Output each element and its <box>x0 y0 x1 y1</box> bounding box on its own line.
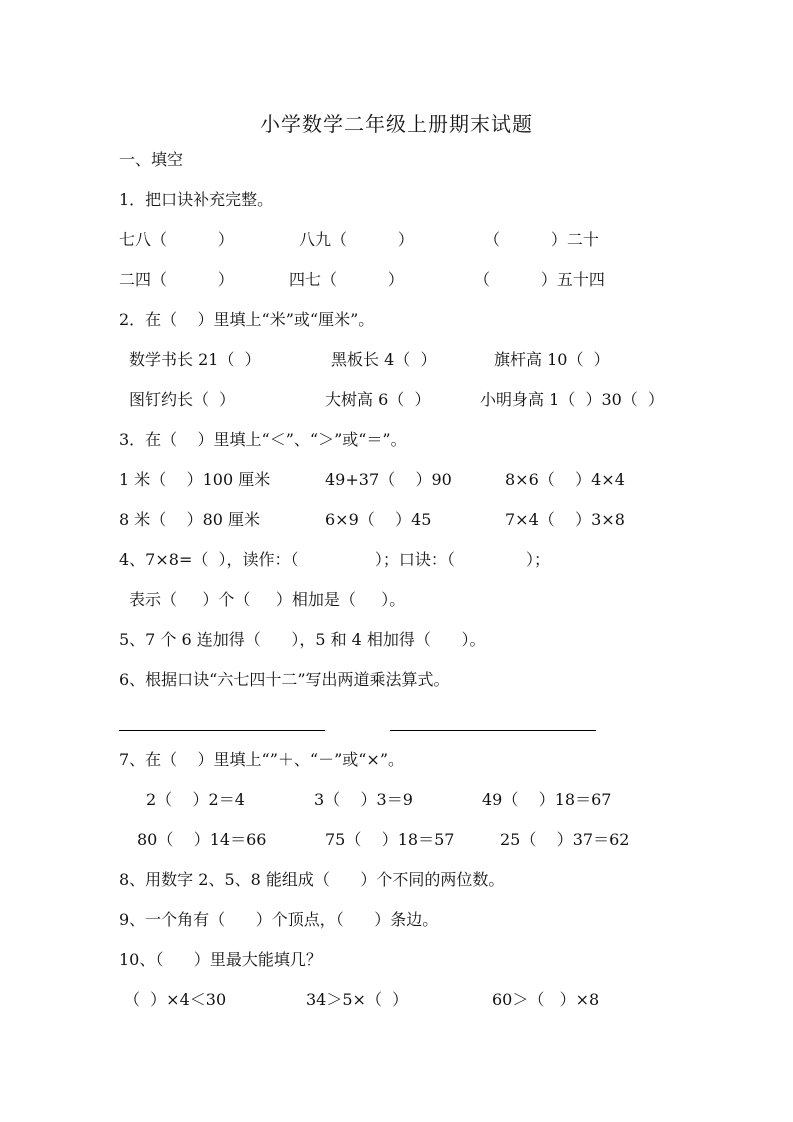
q6-text: 6、根据口诀“六七四十二”写出两道乘法算式。 <box>119 670 450 690</box>
q2-item[interactable]: 数学书长 21（ ） <box>129 350 261 370</box>
q3-item[interactable]: 8 米（ ）80 厘米 <box>119 510 260 530</box>
q7-prompt: 7、在（ ）里填上“”＋、“－”或“×”。 <box>119 750 404 770</box>
q2-item[interactable]: 黑板长 4（ ） <box>331 350 436 370</box>
q4-line1[interactable]: 4、7×8=（ ），读作：（ ）；口诀：（ ）； <box>119 550 550 570</box>
q4-line2[interactable]: 表示（ ）个（ ）相加是（ ）。 <box>129 590 405 610</box>
q2-item[interactable]: 旗杆高 10（ ） <box>494 350 610 370</box>
q2-item[interactable]: 图钉约长（ ） <box>129 390 235 410</box>
q7-item[interactable]: 25（ ）37＝62 <box>500 830 629 850</box>
q10-item[interactable]: 34＞5×（ ） <box>306 990 408 1010</box>
q2-prompt: 2．在（ ）里填上“米”或“厘米”。 <box>119 310 374 330</box>
q1-item[interactable]: 八九（ ） <box>299 230 414 250</box>
q3-item[interactable]: 7×4（ ）3×8 <box>505 510 625 530</box>
q7-item[interactable]: 75（ ）18＝57 <box>325 830 454 850</box>
q9-text[interactable]: 9、一个角有（ ）个顶点，（ ）条边。 <box>119 910 438 930</box>
q7-item[interactable]: 2（ ）2＝4 <box>146 790 245 810</box>
q1-item[interactable]: 二四（ ） <box>119 270 234 290</box>
answer-line[interactable] <box>390 730 596 731</box>
q1-item[interactable]: （ ）五十四 <box>474 270 605 290</box>
q3-prompt: 3．在（ ）里填上“＜”、“＞”或“＝”。 <box>119 430 407 450</box>
page-title: 小学数学二年级上册期末试题 <box>0 108 793 137</box>
q7-item[interactable]: 80（ ）14＝66 <box>137 830 266 850</box>
q1-item[interactable]: 七八（ ） <box>119 230 234 250</box>
q7-item[interactable]: 3（ ）3＝9 <box>314 790 413 810</box>
q3-item[interactable]: 49+37（ ）90 <box>325 470 452 490</box>
q10-item[interactable]: （ ）×4＜30 <box>124 990 226 1010</box>
q1-item[interactable]: 四七（ ） <box>289 270 404 290</box>
q7-item[interactable]: 49（ ）18＝67 <box>482 790 611 810</box>
q3-item[interactable]: 6×9（ ）45 <box>325 510 431 530</box>
q2-item[interactable]: 大树高 6（ ） <box>325 390 430 410</box>
section-heading: 一、填空 <box>119 150 183 170</box>
exam-page: 小学数学二年级上册期末试题 一、填空 1．把口诀补充完整。 七八（ ） 八九（ … <box>0 0 793 1122</box>
q1-prompt: 1．把口诀补充完整。 <box>119 190 273 210</box>
q2-item[interactable]: 小明身高 1（ ）30（ ） <box>480 390 664 410</box>
q10-item[interactable]: 60＞（ ）×8 <box>492 990 599 1010</box>
q10-prompt: 10、（ ）里最大能填几？ <box>119 950 322 970</box>
answer-line[interactable] <box>119 730 325 731</box>
q5-text[interactable]: 5、7 个 6 连加得（ ），5 和 4 相加得（ ）。 <box>119 630 485 650</box>
q3-item[interactable]: 1 米（ ）100 厘米 <box>119 470 270 490</box>
q3-item[interactable]: 8×6（ ）4×4 <box>505 470 625 490</box>
q8-text[interactable]: 8、用数字 2、5、8 能组成（ ）个不同的两位数。 <box>119 870 504 890</box>
q1-item[interactable]: （ ）二十 <box>484 230 599 250</box>
